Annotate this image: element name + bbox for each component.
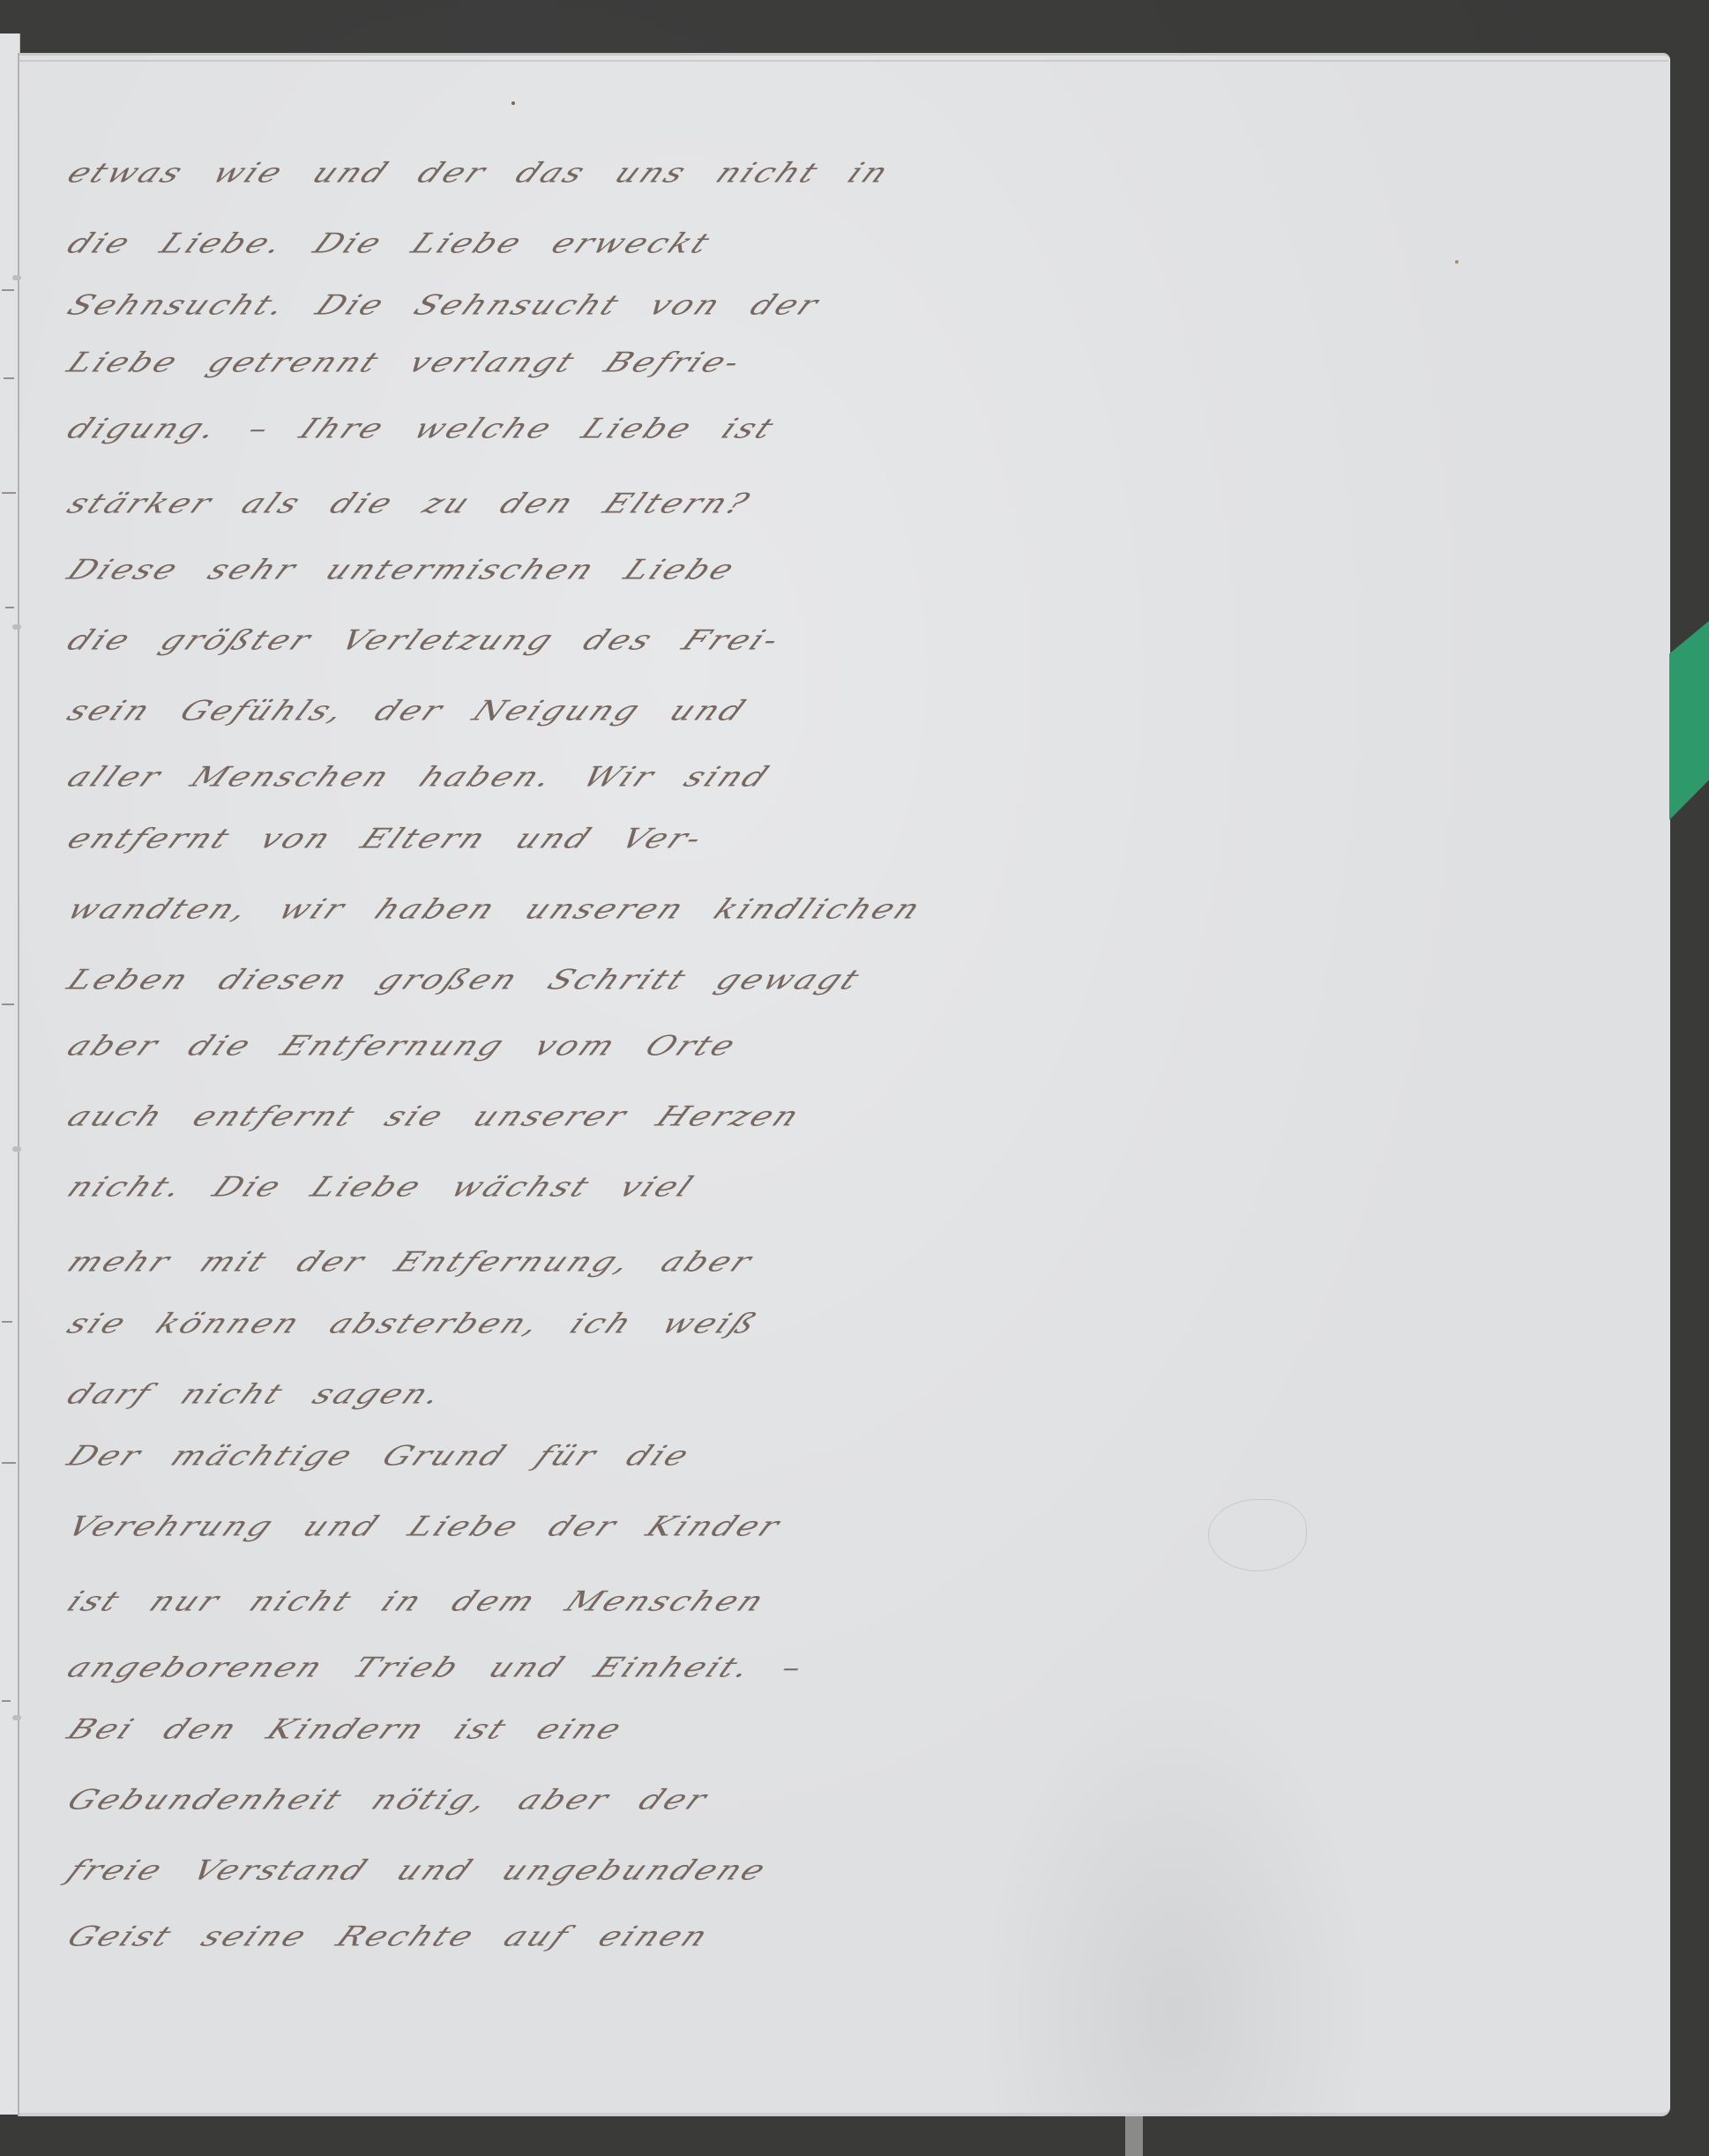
bottom-support-strip <box>1125 2116 1143 2156</box>
text-line: aller Menschen haben. Wir sind <box>62 761 777 793</box>
text-line: Diese sehr untermischen Liebe <box>62 554 743 586</box>
text-line: Sehnsucht. Die Sehnsucht von der <box>62 289 826 321</box>
text-line: mehr mit der Entfernung, aber <box>62 1246 760 1278</box>
text-line: nicht. Die Liebe wächst viel <box>62 1171 701 1203</box>
text-line: sein Gefühls, der Neigung und <box>62 695 753 727</box>
text-line: Verehrung und Liebe der Kinder <box>62 1511 787 1542</box>
text-line: sie können absterben, ich weiß <box>62 1308 765 1339</box>
text-line: etwas wie und der das uns nicht in <box>62 157 897 189</box>
gutter-notch <box>12 1146 21 1152</box>
text-line: entfernt von Eltern und Ver- <box>62 823 711 854</box>
text-line: Geist seine Rechte auf einen <box>62 1921 716 1952</box>
text-line: ist nur nicht in dem Menschen <box>62 1585 772 1617</box>
text-line: Leben diesen großen Schritt gewagt <box>62 964 868 996</box>
text-line: die größter Verletzung des Frei- <box>62 624 787 656</box>
gutter-fold-line <box>18 53 19 2116</box>
text-line: auch entfernt sie unserer Herzen <box>62 1100 808 1132</box>
ink-speck <box>511 101 515 105</box>
gutter-notch <box>12 1715 21 1720</box>
paper-top-edge <box>19 49 1668 62</box>
paper-watermark <box>1208 1499 1307 1571</box>
text-line: stärker als die zu den Eltern? <box>62 488 757 519</box>
text-line: angeborenen Trieb und Einheit. – <box>62 1652 811 1683</box>
text-line: Der mächtige Grund für die <box>62 1440 698 1472</box>
gutter-notch <box>12 275 21 280</box>
text-line: freie Verstand und ungebundene <box>62 1854 774 1886</box>
text-line: Gebundenheit nötig, aber der <box>62 1784 715 1816</box>
text-line: darf nicht sagen. <box>62 1378 451 1410</box>
text-line: die Liebe. Die Liebe erweckt <box>62 228 718 259</box>
ink-speck <box>1455 260 1459 264</box>
text-line: Bei den Kindern ist eine <box>62 1713 630 1745</box>
gutter-notch <box>12 624 21 630</box>
text-line: Liebe getrennt verlangt Befrie- <box>62 347 749 378</box>
text-line: wandten, wir haben unseren kindlichen <box>62 893 929 925</box>
text-line: digung. – Ihre welche Liebe ist <box>62 413 782 444</box>
text-line: aber die Entfernung vom Orte <box>62 1030 744 1062</box>
